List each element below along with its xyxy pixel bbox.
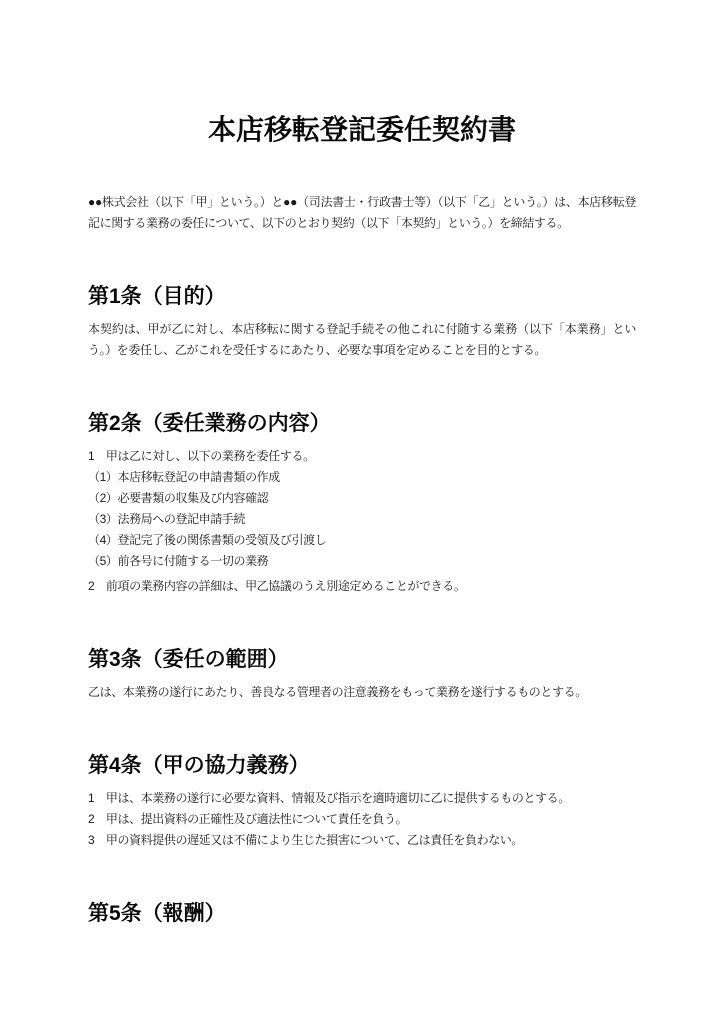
section-3-body: 乙は、本業務の遂行にあたり、善良なる管理者の注意義務をもって業務を遂行するものと… <box>88 682 636 703</box>
document-title: 本店移転登記委任契約書 <box>88 112 636 148</box>
section-2-work-item-2: （2）必要書類の収集及び内容確認 <box>88 488 636 509</box>
section-2-delegated-work: 第2条（委任業務の内容） 1 甲は乙に対し、以下の業務を委任する。 （1）本店移… <box>88 410 636 597</box>
section-2-clause-1: 1 甲は乙に対し、以下の業務を委任する。 <box>88 446 636 467</box>
section-2-work-item-1: （1）本店移転登記の申請書類の作成 <box>88 467 636 488</box>
section-5-compensation: 第5条（報酬） <box>88 900 636 928</box>
section-3-scope: 第3条（委任の範囲） 乙は、本業務の遂行にあたり、善良なる管理者の注意義務をもっ… <box>88 646 636 703</box>
section-4-clause-3: 3 甲の資料提供の遅延又は不備により生じた損害について、乙は責任を負わない。 <box>88 830 636 851</box>
section-4-cooperation-duty: 第4条（甲の協力義務） 1 甲は、本業務の遂行に必要な資料、情報及び指示を適時適… <box>88 752 636 851</box>
section-3-heading: 第3条（委任の範囲） <box>88 646 636 674</box>
section-4-clause-1: 1 甲は、本業務の遂行に必要な資料、情報及び指示を適時適切に乙に提供するものとす… <box>88 788 636 809</box>
preamble-paragraph: ●●株式会社（以下「甲」という。）と●●（司法書士・行政書士等）（以下「乙」とい… <box>88 192 636 234</box>
section-5-heading: 第5条（報酬） <box>88 900 636 928</box>
section-4-clause-2: 2 甲は、提出資料の正確性及び適法性について責任を負う。 <box>88 809 636 830</box>
section-2-heading: 第2条（委任業務の内容） <box>88 410 636 438</box>
section-2-work-item-3: （3）法務局への登記申請手続 <box>88 509 636 530</box>
contract-document-page: 本店移転登記委任契約書 ●●株式会社（以下「甲」という。）と●●（司法書士・行政… <box>0 0 724 1024</box>
section-1-purpose: 第1条（目的） 本契約は、甲が乙に対し、本店移転に関する登記手続その他これに付随… <box>88 283 636 361</box>
section-1-body: 本契約は、甲が乙に対し、本店移転に関する登記手続その他これに付随する業務（以下「… <box>88 319 636 361</box>
section-1-heading: 第1条（目的） <box>88 283 636 311</box>
section-2-work-item-4: （4）登記完了後の関係書類の受領及び引渡し <box>88 530 636 551</box>
section-2-clause-2: 2 前項の業務内容の詳細は、甲乙協議のうえ別途定めることができる。 <box>88 576 636 597</box>
section-2-work-item-5: （5）前各号に付随する一切の業務 <box>88 551 636 572</box>
section-4-heading: 第4条（甲の協力義務） <box>88 752 636 780</box>
